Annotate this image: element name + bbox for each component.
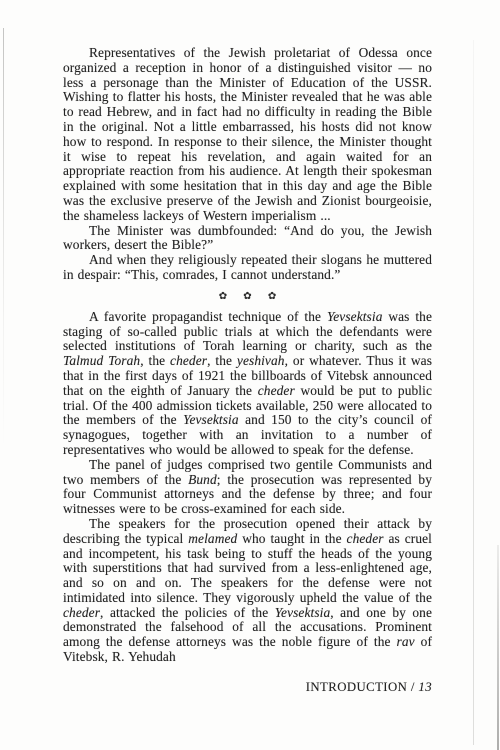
text-column: Representatives of the Jewish proletaria… <box>63 46 432 665</box>
right-page-edge-line <box>473 40 474 745</box>
paragraph-panel-of-judges: The panel of judges comprised two gentil… <box>63 458 432 517</box>
paragraph-comrades-quote: And when they religiously repeated their… <box>63 253 432 283</box>
paragraph-public-trials: A favorite propagandist technique of the… <box>63 310 432 458</box>
right-scan-border-line <box>497 545 499 750</box>
book-page-scan: Representatives of the Jewish proletaria… <box>0 0 500 750</box>
left-page-edge-line <box>3 28 4 448</box>
paragraph-odessa-reception: Representatives of the Jewish proletaria… <box>63 46 432 224</box>
footer-separator: / <box>407 680 418 694</box>
footer-section-label: INTRODUCTION <box>306 680 407 694</box>
paragraph-prosecution-speakers: The speakers for the prosecution opened … <box>63 517 432 665</box>
footer-page-number: 13 <box>418 680 432 694</box>
paragraph-minister-quote: The Minister was dumbfounded: “And do yo… <box>63 224 432 254</box>
page-footer: INTRODUCTION / 13 <box>63 680 432 695</box>
florette-ornament-separator: ✿ ✿ ✿ <box>63 290 432 304</box>
